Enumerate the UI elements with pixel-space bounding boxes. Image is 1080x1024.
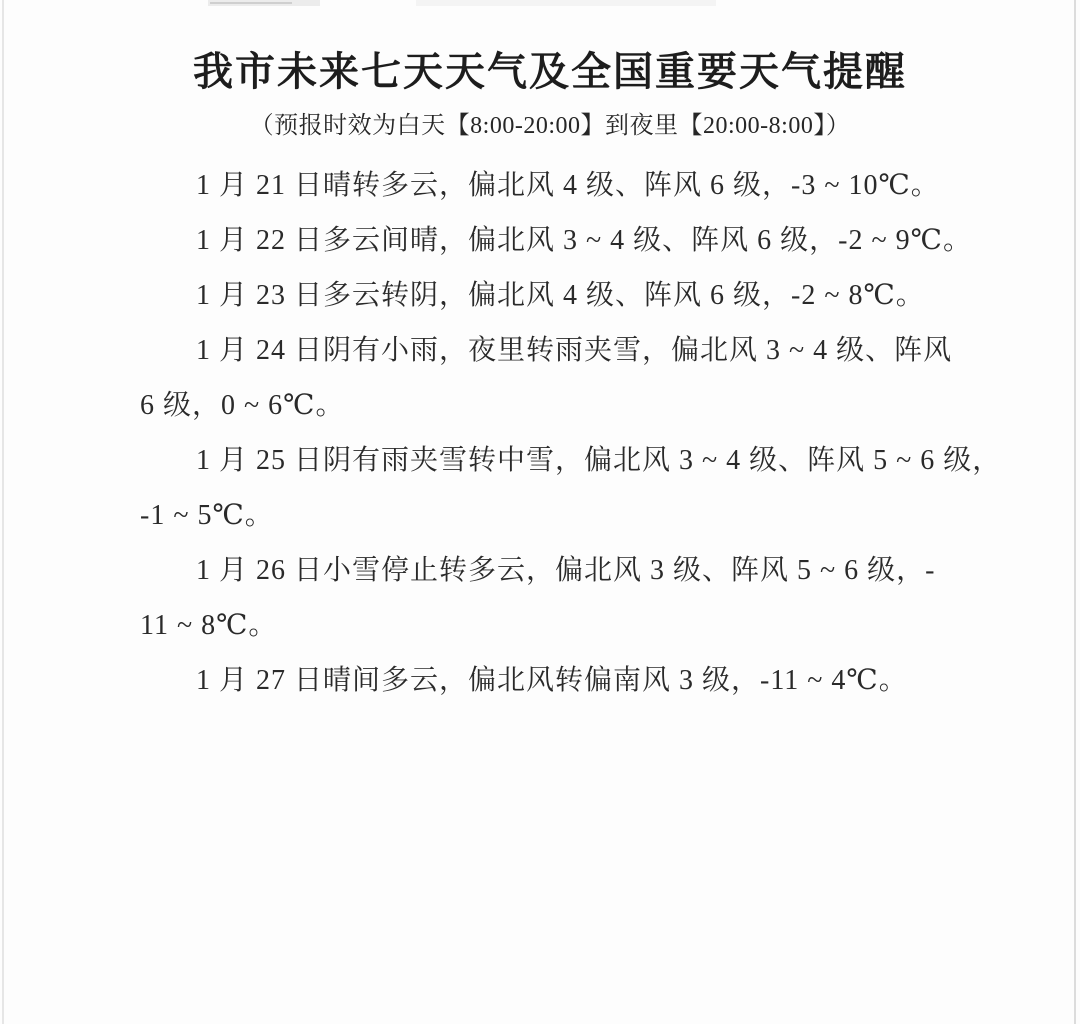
forecast-paragraph-jan27: 1 月 27 日晴间多云，偏北风转偏南风 3 级，-11 ~ 4℃。 <box>140 653 960 708</box>
forecast-paragraph-jan25: 1 月 25 日阴有雨夹雪转中雪，偏北风 3 ~ 4 级、阵风 5 ~ 6 级，… <box>140 433 960 543</box>
document-page: 我市未来七天天气及全国重要天气提醒 （预报时效为白天【8:00-20:00】到夜… <box>0 0 1080 1024</box>
forecast-line: 1 月 24 日阴有小雨，夜里转雨夹雪，偏北风 3 ~ 4 级、阵风 <box>140 323 960 378</box>
forecast-line: 1 月 26 日小雪停止转多云，偏北风 3 级、阵风 5 ~ 6 级，- <box>140 543 960 598</box>
document-content: 我市未来七天天气及全国重要天气提醒 （预报时效为白天【8:00-20:00】到夜… <box>140 0 960 708</box>
forecast-line: 1 月 21 日晴转多云，偏北风 4 级、阵风 6 级，-3 ~ 10℃。 <box>140 158 960 213</box>
forecast-line: -1 ~ 5℃。 <box>140 488 960 543</box>
page-left-border <box>2 0 4 1024</box>
forecast-paragraph-jan21: 1 月 21 日晴转多云，偏北风 4 级、阵风 6 级，-3 ~ 10℃。 <box>140 158 960 213</box>
forecast-line: 1 月 25 日阴有雨夹雪转中雪，偏北风 3 ~ 4 级、阵风 5 ~ 6 级， <box>140 433 960 488</box>
forecast-line: 11 ~ 8℃。 <box>140 598 960 653</box>
page-title: 我市未来七天天气及全国重要天气提醒 <box>140 48 960 96</box>
forecast-line: 1 月 22 日多云间晴，偏北风 3 ~ 4 级、阵风 6 级，-2 ~ 9℃。 <box>140 213 960 268</box>
forecast-body: 1 月 21 日晴转多云，偏北风 4 级、阵风 6 级，-3 ~ 10℃。 1 … <box>140 158 960 708</box>
forecast-line: 6 级，0 ~ 6℃。 <box>140 378 960 433</box>
forecast-paragraph-jan22: 1 月 22 日多云间晴，偏北风 3 ~ 4 级、阵风 6 级，-2 ~ 9℃。 <box>140 213 960 268</box>
forecast-line: 1 月 27 日晴间多云，偏北风转偏南风 3 级，-11 ~ 4℃。 <box>140 653 960 708</box>
forecast-paragraph-jan26: 1 月 26 日小雪停止转多云，偏北风 3 级、阵风 5 ~ 6 级，- 11 … <box>140 543 960 653</box>
forecast-paragraph-jan24: 1 月 24 日阴有小雨，夜里转雨夹雪，偏北风 3 ~ 4 级、阵风 6 级，0… <box>140 323 960 433</box>
page-right-border <box>1074 0 1076 1024</box>
page-subtitle: （预报时效为白天【8:00-20:00】到夜里【20:00-8:00】） <box>140 110 960 142</box>
forecast-paragraph-jan23: 1 月 23 日多云转阴，偏北风 4 级、阵风 6 级，-2 ~ 8℃。 <box>140 268 960 323</box>
forecast-line: 1 月 23 日多云转阴，偏北风 4 级、阵风 6 级，-2 ~ 8℃。 <box>140 268 960 323</box>
